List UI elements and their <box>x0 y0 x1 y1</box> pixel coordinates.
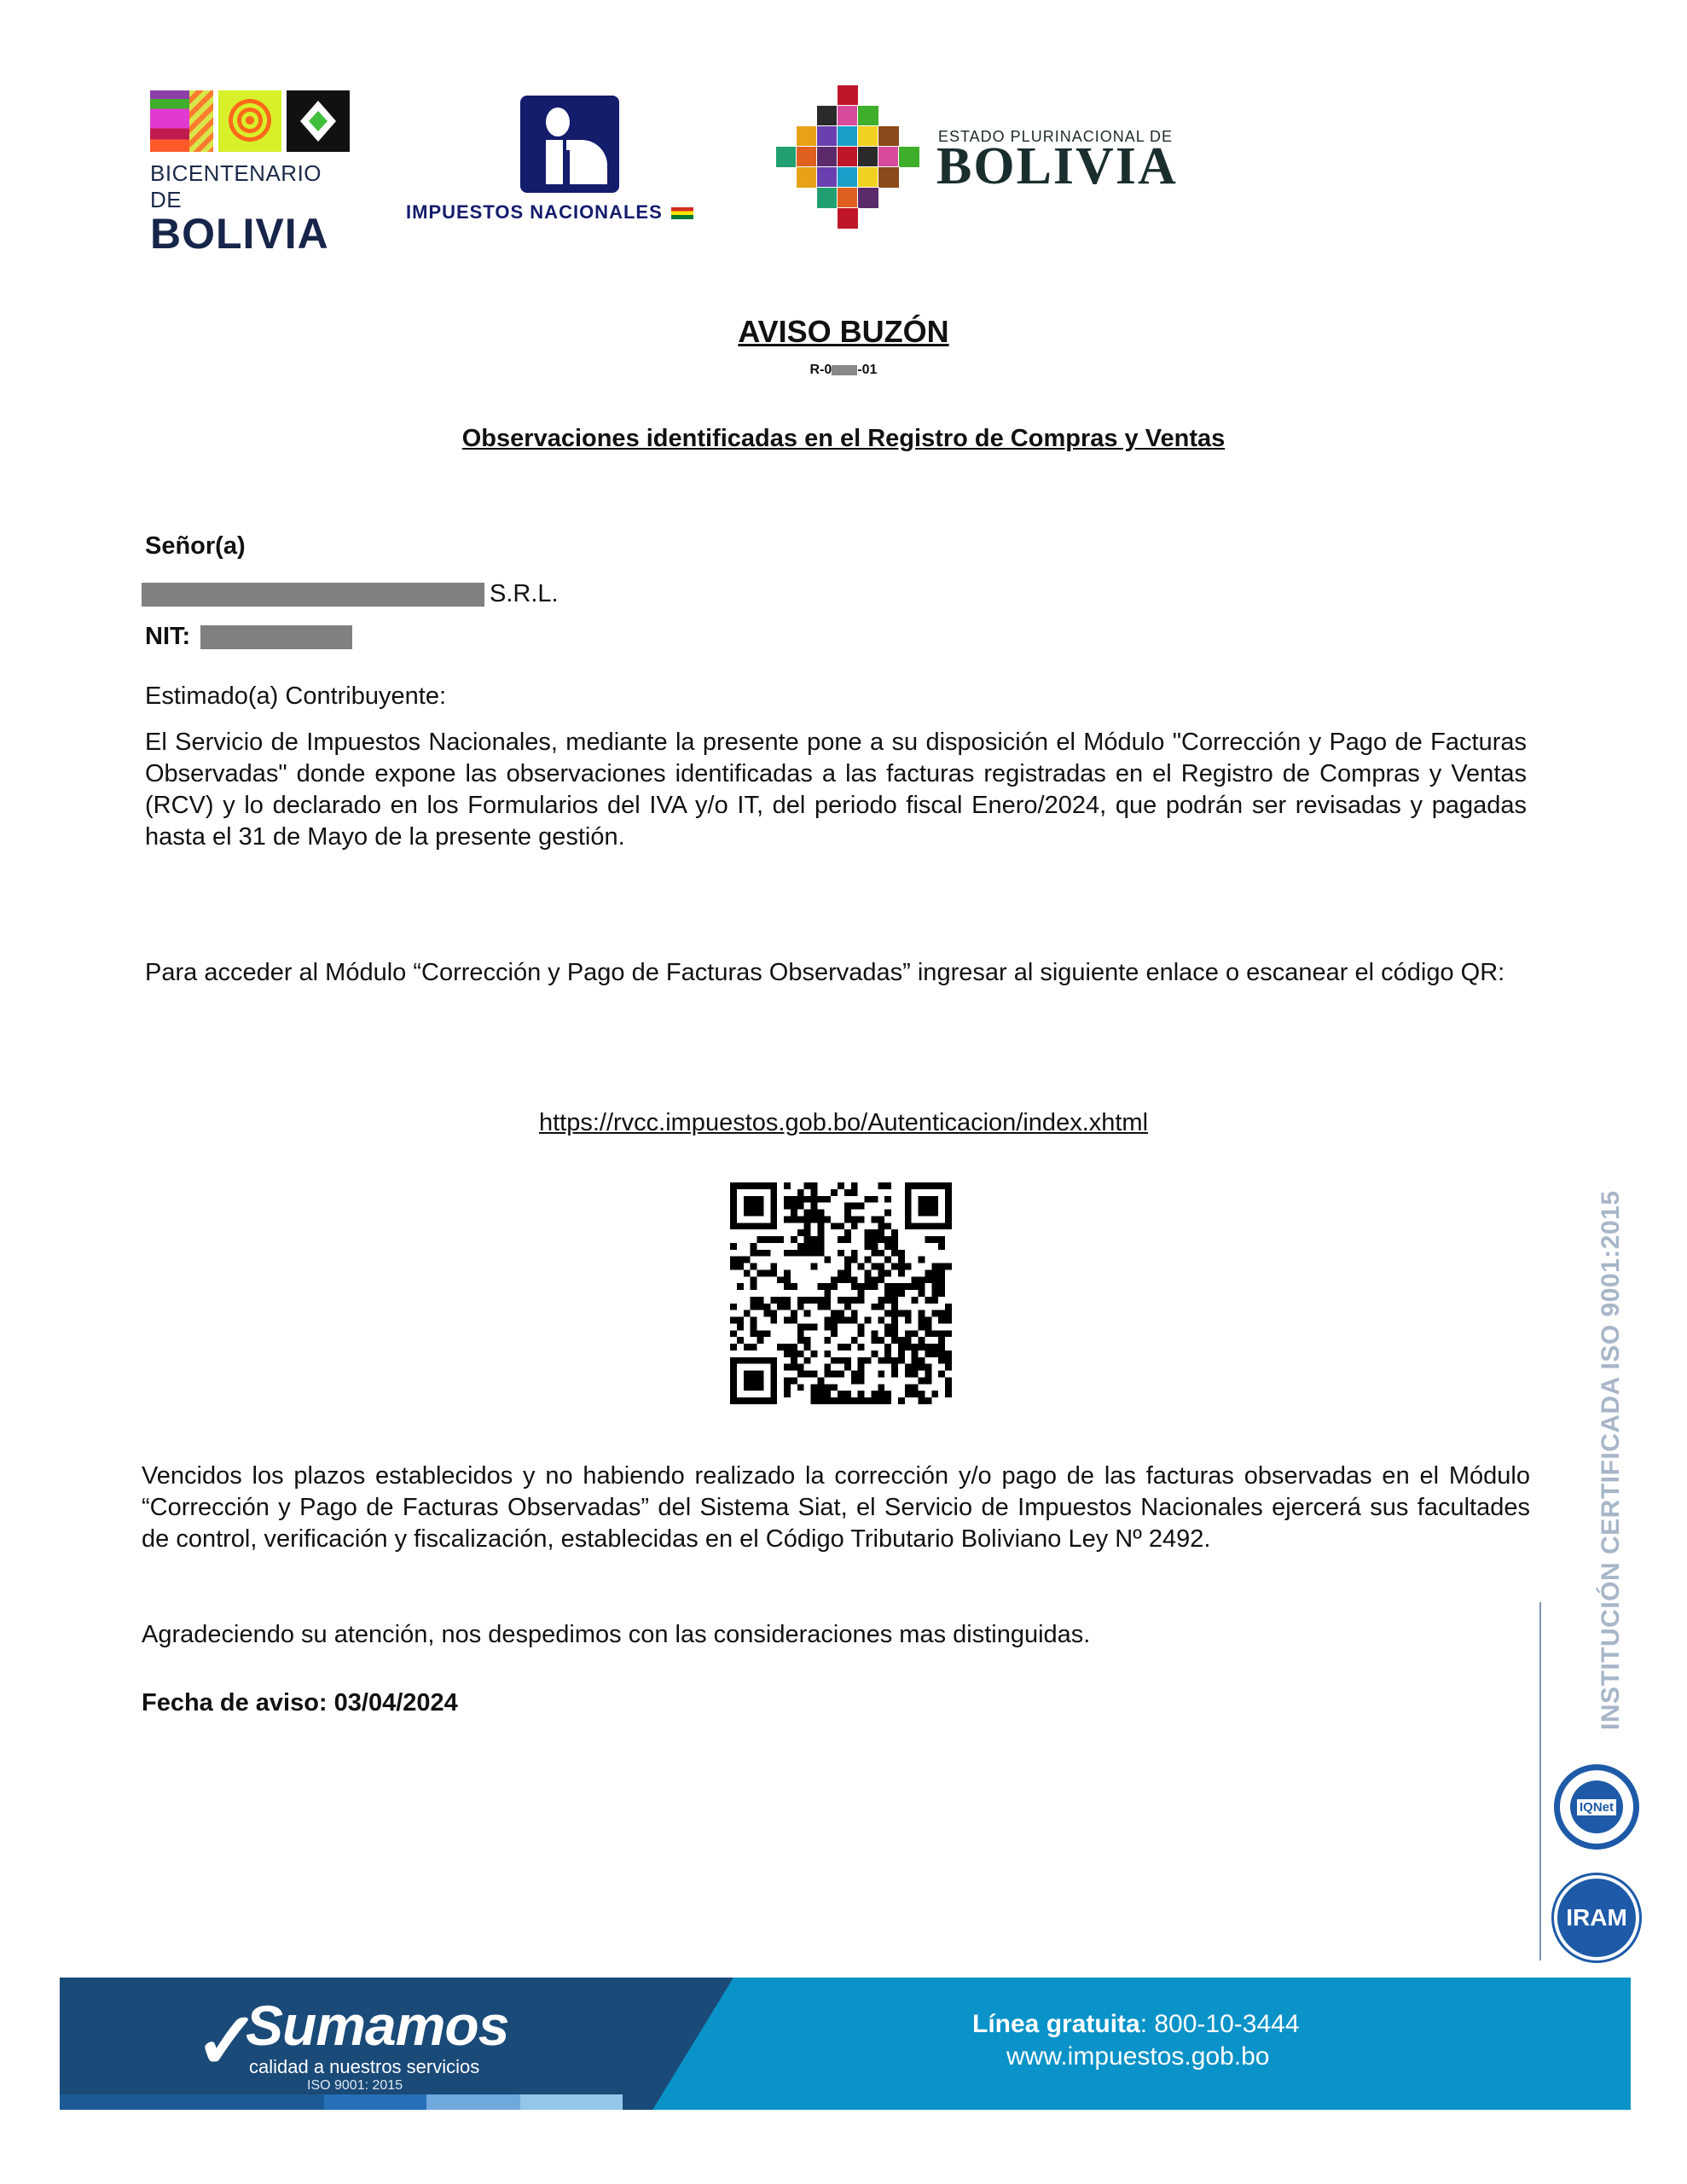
paragraph-module-notice: El Servicio de Impuestos Nacionales, med… <box>145 727 1527 853</box>
footer-slogan: Sumamos <box>246 1993 508 2058</box>
redacted-nit <box>200 625 352 649</box>
chakana-mosaic-icon <box>774 80 919 234</box>
module-link[interactable]: https://rvcc.impuestos.gob.bo/Autenticac… <box>0 1109 1687 1137</box>
footer-website[interactable]: www.impuestos.gob.bo <box>1006 2042 1270 2071</box>
paragraph-consequences: Vencidos los plazos establecidos y no ha… <box>142 1461 1530 1555</box>
spiral-tile-icon <box>218 90 281 152</box>
diamond-tile-icon <box>287 90 350 152</box>
redacted-reference <box>832 365 857 375</box>
certification-divider <box>1539 1602 1541 1960</box>
impuestos-emblem-icon <box>520 96 619 193</box>
footer-iso: ISO 9001: 2015 <box>307 2078 403 2094</box>
salutation-label: Señor(a) <box>145 532 246 561</box>
iram-icon: IRAM <box>1554 1875 1639 1960</box>
iso-certification-text: INSTITUCIÓN CERTIFICADA ISO 9001:2015 <box>1597 1190 1626 1730</box>
notice-date: Fecha de aviso: 03/04/2024 <box>142 1689 458 1717</box>
hotline: Línea gratuita: 800-10-3444 <box>972 2010 1300 2039</box>
textile-tile-icon <box>150 90 213 152</box>
redacted-company-name <box>142 583 484 607</box>
closing-text: Agradeciendo su atención, nos despedimos… <box>142 1621 1090 1649</box>
bicentenario-subtitle: BICENTENARIO DE <box>150 160 355 213</box>
impuestos-name: IMPUESTOS NACIONALES <box>406 201 693 224</box>
bicentenario-title: BOLIVIA <box>150 213 355 254</box>
document-title: AVISO BUZÓN <box>0 314 1687 350</box>
bolivia-flag-icon <box>671 207 693 219</box>
company-name: S.R.L. <box>142 580 559 608</box>
paragraph-access-instructions: Para acceder al Módulo “Corrección y Pag… <box>145 957 1527 989</box>
document-subtitle: Observaciones identificadas en el Regist… <box>0 425 1687 453</box>
greeting: Estimado(a) Contribuyente: <box>145 682 446 711</box>
nit-label: NIT: <box>145 623 190 651</box>
estado-title: BOLIVIA <box>936 136 1178 197</box>
bicentenario-logo: BICENTENARIO DE BOLIVIA <box>150 90 355 235</box>
nit-row: NIT: <box>145 623 352 651</box>
bicentenario-tiles-icon <box>150 90 355 152</box>
iqnet-certified-icon: IQNet <box>1554 1764 1639 1850</box>
estado-plurinacional-logo: ESTADO PLURINACIONAL DE BOLIVIA <box>774 80 1167 234</box>
footer-slogan-sub: calidad a nuestros servicios <box>249 2056 479 2078</box>
document-reference: R-0-01 <box>0 363 1687 378</box>
impuestos-nacionales-logo: IMPUESTOS NACIONALES <box>401 96 725 232</box>
footer-banner: ✓ Sumamos calidad a nuestros servicios I… <box>60 1978 1631 2110</box>
qr-code-icon[interactable] <box>730 1182 952 1404</box>
